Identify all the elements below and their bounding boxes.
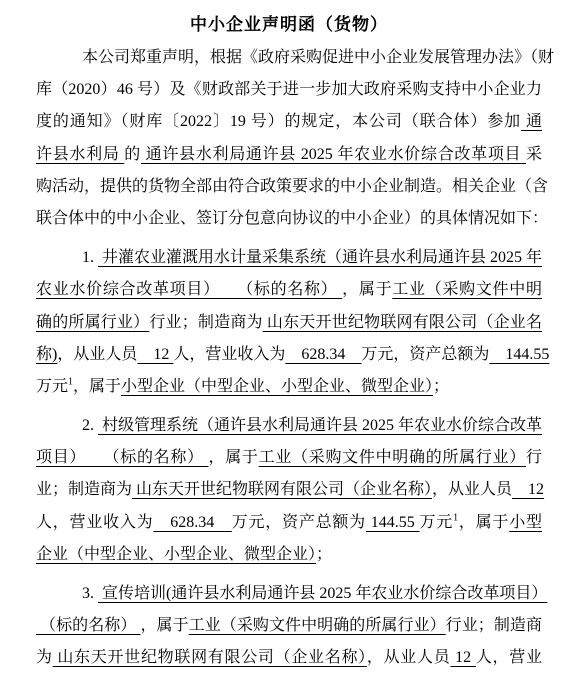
text-segment: 万元 xyxy=(420,514,454,531)
document-title: 中小企业声明函（货物） xyxy=(36,15,542,35)
document-line: 联合体中的中小企业、签订分包意向协议的中小企业）的具体情况如下： xyxy=(36,203,542,235)
text-segment: 行 xyxy=(526,449,542,466)
text-segment: 度的通知》（财库〔2022〕19 号）的规定，本公司（联合体）参加 xyxy=(36,113,521,130)
document-line: 企业（中型企业、小型企业、微型企业）； xyxy=(36,539,542,571)
filled-blank: 山东天开世纪物联网有限公司（企业名 xyxy=(263,314,542,331)
text-segment: ； xyxy=(316,546,332,563)
text-segment: 2. xyxy=(82,417,98,434)
document-line: 万元1，属于小型企业（中型企业、小型企业、微型企业）； xyxy=(36,371,542,403)
filled-blank: 企业（中型企业、小型企业、微型企业） xyxy=(36,546,316,563)
text-segment: ，从业人员 xyxy=(57,346,137,363)
text-segment: 行业；制造商 xyxy=(446,617,542,634)
filled-blank: 小型 xyxy=(509,514,542,531)
filled-blank: 小型企业（中型企业、小型企业、微型企业） xyxy=(121,378,433,395)
filled-blank: 12 xyxy=(450,649,475,666)
filled-blank: 144.55 xyxy=(366,514,420,531)
text-segment: 业；制造商为 xyxy=(36,481,132,498)
text-segment: 人，营业收入为 xyxy=(173,346,285,363)
document-line: 项目） （标的名称） ，属于工业（采购文件中明确的所属行业）行 xyxy=(36,442,542,474)
text-segment: 万元 xyxy=(36,378,68,395)
document-line: 许县水利局 的 通许县水利局通许县 2025 年农业水价综合改革项目 采 xyxy=(36,139,542,171)
paragraph: 2. 村级管理系统（通许县水利局通许县 2025 年农业水价综合改革项目） （标… xyxy=(36,410,542,571)
filled-blank: 通许县水利局通许县 2025 年农业水价综合改革项目 xyxy=(141,146,526,163)
filled-blank: 628.34 xyxy=(153,514,231,531)
filled-blank: 称) xyxy=(36,346,57,363)
document-line: （标的名称） ，属于工业（采购文件中明确的所属行业）行业；制造商 xyxy=(36,610,542,642)
text-segment: 库（2020）46 号）及《财政部关于进一步加大政府采购支持中小企业力 xyxy=(36,81,542,98)
filled-blank: 12 xyxy=(137,346,173,363)
document-body: 本公司郑重声明，根据《政府采购促进中小企业发展管理办法》（财库（2020）46 … xyxy=(36,42,542,675)
filled-blank: 628.34 xyxy=(285,346,361,363)
document-line: 业；制造商为 山东天开世纪物联网有限公司（企业名称），从业人员 12 xyxy=(36,474,542,506)
filled-blank: 工业（采购文件中明确的所属行业） xyxy=(259,449,526,466)
document-line: 1. 井灌农业灌溉用水计量采集系统（通许县水利局通许县 2025 年 xyxy=(36,242,542,274)
filled-blank: 144.55 xyxy=(489,346,549,363)
paragraph: 1. 井灌农业灌溉用水计量采集系统（通许县水利局通许县 2025 年农业水价综合… xyxy=(36,242,542,403)
filled-blank: 确的所属行业） xyxy=(36,314,149,331)
document-line: 为 山东天开世纪物联网有限公司（企业名称），从业人员 12 人，营业 xyxy=(36,642,542,674)
filled-blank: 山东天开世纪物联网有限公司（企业名称） xyxy=(53,649,367,666)
text-segment: ，从业人员 xyxy=(432,481,512,498)
document-line: 农业水价综合改革项目） （标的名称） ，属于工业（采购文件中明 xyxy=(36,274,542,306)
document-line: 3. 宣传培训(通许县水利局通许县 2025 年农业水价综合改革项目） xyxy=(36,578,542,610)
text-segment: ； xyxy=(433,378,449,395)
document-line: 度的通知》（财库〔2022〕19 号）的规定，本公司（联合体）参加 通 xyxy=(36,106,542,138)
text-segment: 万元，资产总额为 xyxy=(361,346,489,363)
document-line: 称)，从业人员 12 人，营业收入为 628.34 万元，资产总额为 144.5… xyxy=(36,339,542,371)
text-segment: ，属于 xyxy=(458,514,509,531)
filled-blank: 山东天开世纪物联网有限公司（企业名称） xyxy=(132,481,432,498)
filled-blank: 工业（采购文件中明确的所属行业） xyxy=(189,617,446,634)
document-page: 中小企业声明函（货物） 本公司郑重声明，根据《政府采购促进中小企业发展管理办法》… xyxy=(0,0,578,684)
filled-blank: 农业水价综合改革项目） （标的名称） xyxy=(36,281,342,298)
text-segment: 的 xyxy=(124,146,141,163)
text-segment: ，属于 xyxy=(141,617,189,634)
paragraph: 本公司郑重声明，根据《政府采购促进中小企业发展管理办法》（财库（2020）46 … xyxy=(36,42,542,235)
text-segment: 1. xyxy=(82,249,98,266)
text-segment: 为 xyxy=(36,649,53,666)
text-segment: 人，营业 xyxy=(476,649,542,666)
filled-blank: 通 xyxy=(521,113,542,130)
filled-blank: 井灌农业灌溉用水计量采集系统（通许县水利局通许县 2025 年 xyxy=(98,249,542,266)
filled-blank: 村级管理系统（通许县水利局通许县 2025 年农业水价综合改革 xyxy=(98,417,542,434)
text-segment: 采 xyxy=(526,146,542,163)
text-segment: ，属于 xyxy=(73,378,121,395)
document-line: 本公司郑重声明，根据《政府采购促进中小企业发展管理办法》（财 xyxy=(36,42,542,74)
document-line: 人，营业收入为 628.34 万元，资产总额为 144.55 万元1，属于小型 xyxy=(36,507,542,539)
document-line: 购活动，提供的货物全部由符合政策要求的中小企业制造。相关企业（含 xyxy=(36,171,542,203)
filled-blank: 许县水利局 xyxy=(36,146,124,163)
filled-blank: （标的名称） xyxy=(36,617,141,634)
filled-blank: 工业（采购文件中明 xyxy=(392,281,542,298)
text-segment: 3. xyxy=(82,585,98,602)
document-line: 2. 村级管理系统（通许县水利局通许县 2025 年农业水价综合改革 xyxy=(36,410,542,442)
text-segment: ，从业人员 xyxy=(367,649,451,666)
filled-blank: 项目） （标的名称） xyxy=(36,449,209,466)
filled-blank: 12 xyxy=(512,481,544,498)
document-line: 确的所属行业）行业；制造商为 山东天开世纪物联网有限公司（企业名 xyxy=(36,307,542,339)
text-segment: 购活动，提供的货物全部由符合政策要求的中小企业制造。相关企业（含 xyxy=(36,178,548,195)
document-line: 库（2020）46 号）及《财政部关于进一步加大政府采购支持中小企业力 xyxy=(36,74,542,106)
text-segment: 万元，资产总额为 xyxy=(232,514,366,531)
text-segment: 人，营业收入为 xyxy=(36,514,153,531)
paragraph: 3. 宣传培训(通许县水利局通许县 2025 年农业水价综合改革项目） （标的名… xyxy=(36,578,542,675)
text-segment: 行业；制造商为 xyxy=(149,314,262,331)
text-segment: ，属于 xyxy=(209,449,259,466)
text-segment: 本公司郑重声明，根据《政府采购促进中小企业发展管理办法》（财 xyxy=(82,49,554,66)
filled-blank: 宣传培训(通许县水利局通许县 2025 年农业水价综合改革项目） xyxy=(98,585,547,602)
text-segment: ，属于 xyxy=(342,281,392,298)
text-segment: 联合体中的中小企业、签订分包意向协议的中小企业）的具体情况如下： xyxy=(36,210,548,227)
